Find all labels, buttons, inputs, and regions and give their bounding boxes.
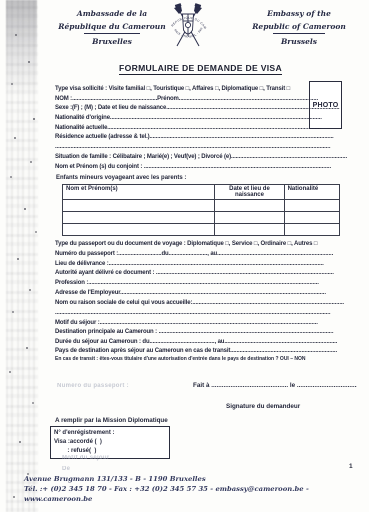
footer-address: Avenue Brugmann 131/133 - B - 1190 Bruxe… [24, 474, 354, 484]
table-row [63, 212, 340, 224]
bleedthrough-text: Motif du séjour [62, 455, 110, 461]
employer-address-line: Adresse de l'Employeur..................… [55, 289, 347, 299]
embassy-en-line1: Embassy of the [240, 7, 358, 20]
embassy-en-city: Brussels [240, 33, 358, 48]
profession-line: Profession :............................… [55, 279, 347, 289]
col-name-header: Nom et Prénom(s) [63, 185, 215, 200]
residence-line: Résidence actuelle (adresse & tel.).....… [55, 133, 347, 143]
embassy-name-english: Embassy of the Republic of Cameroon Brus… [240, 7, 358, 48]
issue-place-line: Lieu de délivrance :....................… [55, 260, 347, 270]
stay-duration-line: Durée du séjour au Cameroun : du........… [55, 338, 347, 347]
transit-note: En cas de transit : êtes-vous titulaire … [55, 356, 355, 362]
table-row [63, 224, 340, 236]
embassy-fr-line1: Ambassade de la [52, 7, 172, 20]
children-table: Nom et Prénom(s) Date et lieu de naissan… [62, 184, 340, 236]
current-nationality-line: Nationalité actuelle....................… [55, 124, 347, 134]
children-table-caption: Enfants mineurs voyageant avec les paren… [56, 175, 186, 181]
marital-status-line: Situation de famille : Célibataire ; Mar… [55, 153, 347, 163]
applicant-signature-label: Signature du demandeur [226, 403, 300, 410]
sex-birth-line: Sexe :(F) ; (M) ; Date et lieu de naissa… [55, 104, 347, 114]
embassy-fr-line2: République du Cameroun [52, 20, 172, 33]
spouse-name-line: Nom et Prénom (s) du conjoint : ........… [55, 163, 347, 173]
passport-type-line: Type du passeport ou du document de voya… [55, 240, 347, 250]
scan-speckles [0, 0, 2, 2]
host-name-line: Nom ou raison sociale de celui qui vous … [55, 299, 347, 309]
col-birth-header: Date et lieu de naissance [215, 185, 284, 200]
bleedthrough-text: Numéro du passeport : [57, 383, 129, 389]
embassy-footer: Avenue Brugmann 131/133 - B - 1190 Bruxe… [24, 474, 354, 504]
passport-section: Type du passeport ou du document de voya… [55, 240, 347, 318]
embassy-name-french: Ambassade de la République du Cameroun B… [52, 7, 172, 48]
bleedthrough-text: De [62, 466, 70, 472]
residence-continuation-line: ........................................… [55, 143, 347, 153]
date-place-line: Fait à .................................… [193, 382, 357, 389]
stay-reason-line: Motif du séjour :.......................… [55, 319, 347, 328]
mission-section-heading: A remplir par la Mission Diplomatique [55, 417, 168, 424]
host-continuation-line: ........................................… [55, 309, 347, 319]
origin-nationality-line: Nationalité d'origine...................… [55, 114, 347, 124]
page-number: 1 [349, 463, 353, 470]
col-nationality-header: Nationalité [284, 185, 339, 200]
embassy-en-line2: Republic of Cameroon [240, 20, 358, 33]
visa-application-form-scan: Ambassade de la République du Cameroun B… [0, 0, 369, 512]
cameroon-coat-of-arms: REPUBLIQUE DU CAMEROUN PAIX - TRAVAIL - … [164, 1, 212, 53]
name-line: NOM :...................................… [55, 95, 347, 105]
footer-contact: Tél. :+ (0)2 345 18 70 - Fax : +32 (0)2 … [24, 484, 354, 504]
transit-destination-line: Pays de destination après séjour au Came… [55, 347, 347, 356]
children-table-header-row: Nom et Prénom(s) Date et lieu de naissan… [63, 185, 340, 200]
visa-granted-line: Visa :accordé ( ) [54, 438, 166, 447]
passport-number-line: Numéro du passeport :...................… [55, 250, 347, 260]
form-title: FORMULAIRE DE DEMANDE DE VISA [40, 63, 361, 73]
stay-section: Motif du séjour :.......................… [55, 319, 347, 356]
registration-number-line: N° d'enrégistrement : [54, 429, 166, 438]
table-row [63, 200, 340, 212]
scan-edge-shadow [6, 0, 37, 96]
visa-type-line: Type visa sollicité : Visite familial □,… [55, 85, 347, 95]
issuing-authority-line: Autorité ayant délivré ce document : ...… [55, 269, 347, 279]
main-destination-line: Destination principale au Cameroun : ...… [55, 328, 347, 337]
identity-section: Type visa sollicité : Visite familial □,… [55, 85, 347, 172]
embassy-fr-city: Bruxelles [52, 33, 172, 48]
